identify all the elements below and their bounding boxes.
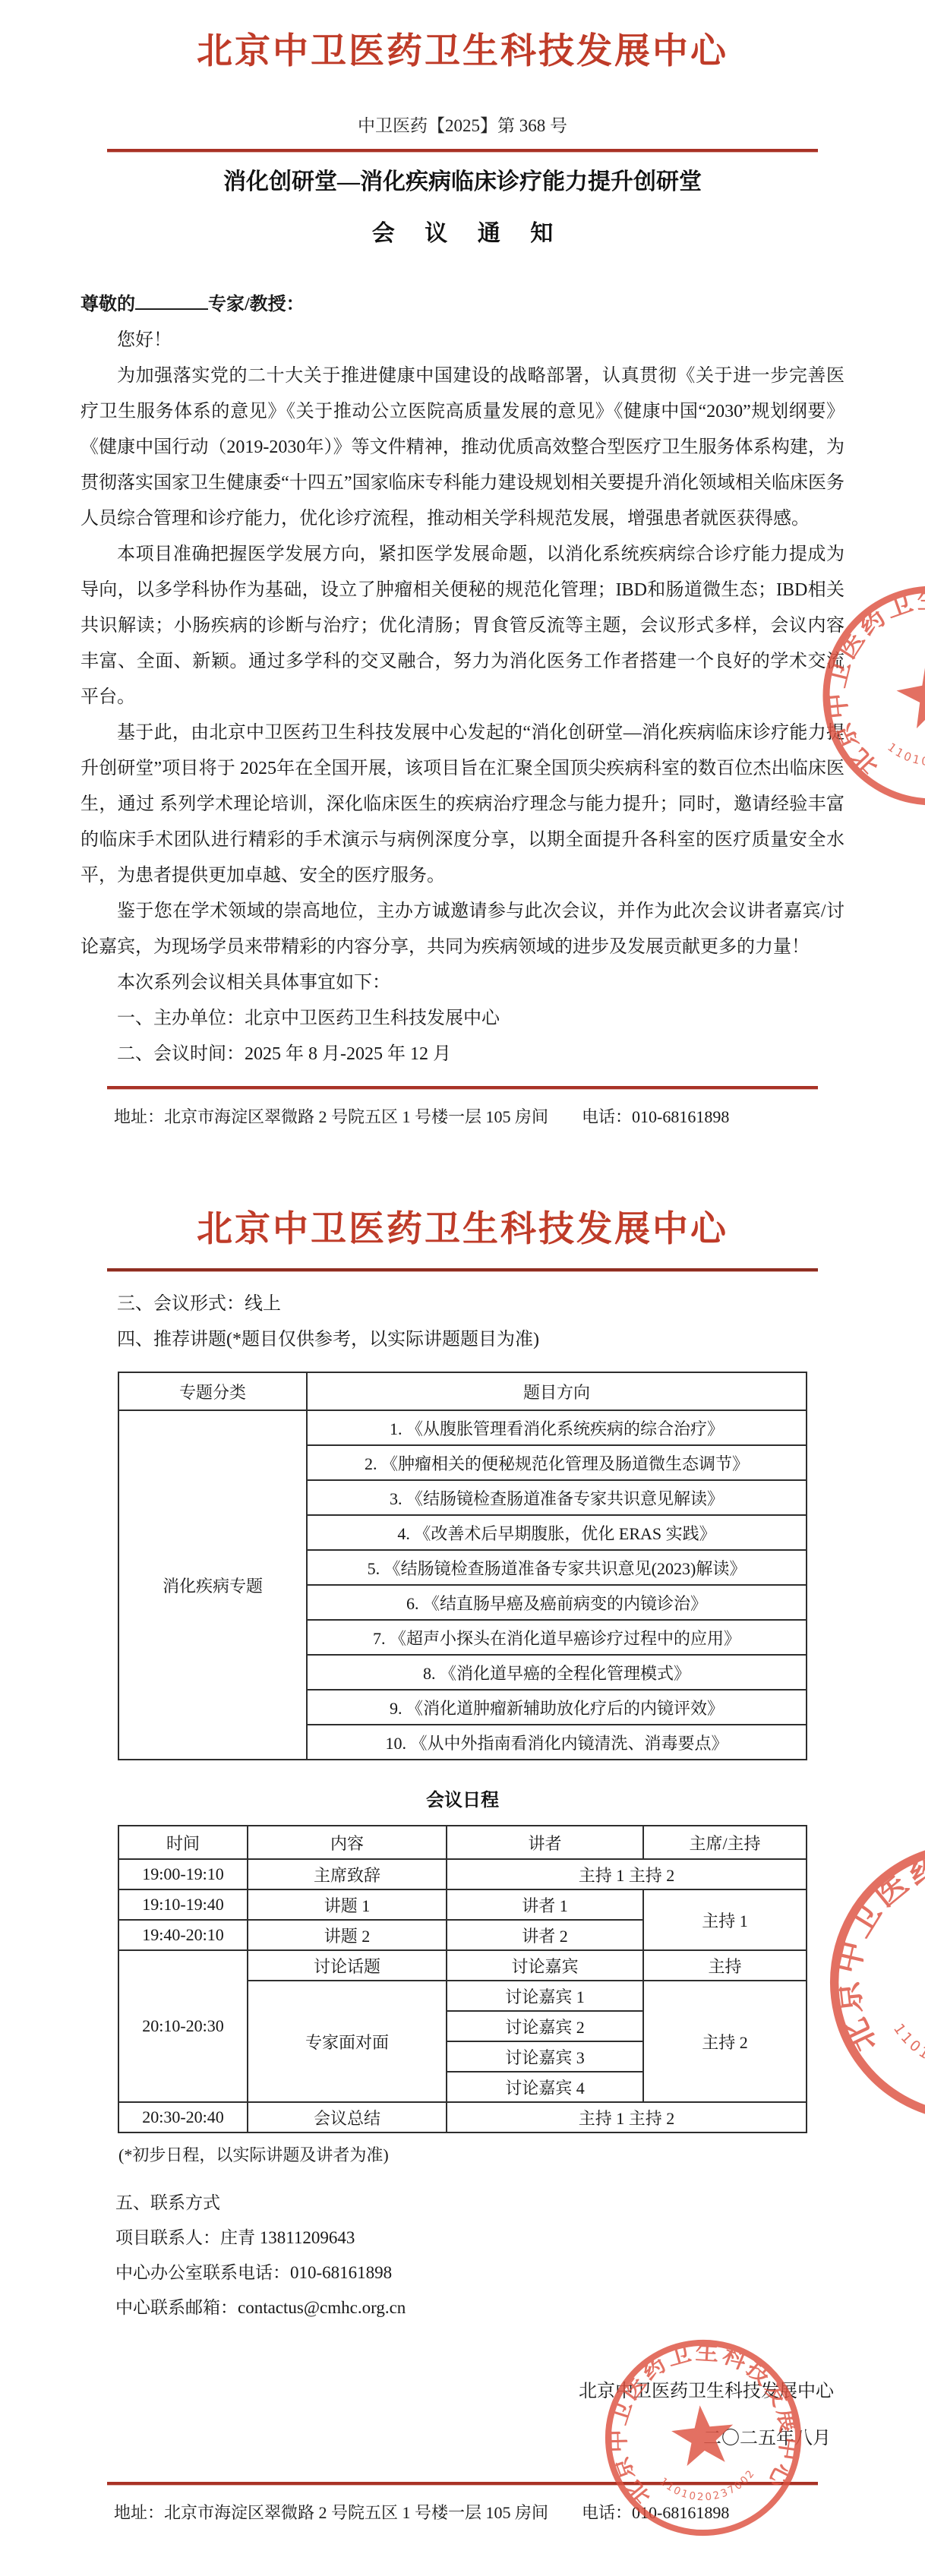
agenda-content: 讲题 2 xyxy=(248,1920,447,1950)
org-letterhead-title: 北京中卫医药卫生科技发展中心 xyxy=(0,0,925,74)
agenda-guest: 讨论嘉宾 1 xyxy=(447,1981,643,2011)
paragraph: 本项目准确把握医学发展方向，紧扣医学发展命题，以消化系统疾病综合诊疗能力提成为导… xyxy=(81,537,844,715)
agenda-content: 会议总结 xyxy=(248,2102,447,2132)
footer-address: 地址：北京市海淀区翠微路 2 号院五区 1 号楼一层 105 房间 xyxy=(114,1107,548,1126)
items-intro: 本次系列会议相关具体事宜如下： xyxy=(81,965,844,1001)
item-meeting-format: 三、会议形式：线上 xyxy=(81,1286,844,1322)
agenda-content: 讲题 1 xyxy=(248,1889,447,1920)
agenda-note: (*初步日程，以实际讲题及讲者为准) xyxy=(118,2142,925,2166)
agenda-host: 主持 2 xyxy=(643,1981,807,2102)
agenda-speaker: 讲者 2 xyxy=(447,1920,643,1950)
topics-table: 专题分类 题目方向 消化疾病专题 1. 《从腹胀管理看消化系统疾病的综合治疗》 … xyxy=(118,1372,807,1760)
footer-address: 地址：北京市海淀区翠微路 2 号院五区 1 号楼一层 105 房间 xyxy=(114,2503,548,2522)
document: 北京中卫医药卫生科技发展中心 中卫医药【2025】第 368 号 消化创研堂—消… xyxy=(0,0,925,2576)
table-row: 19:00-19:10 主席致辞 主持 1 主持 2 xyxy=(118,1859,807,1889)
topic-cell: 6. 《结直肠早癌及癌前病变的内镜诊治》 xyxy=(307,1585,807,1620)
table-row: 消化疾病专题 1. 《从腹胀管理看消化系统疾病的综合治疗》 xyxy=(118,1410,807,1445)
greeting: 您好！ xyxy=(81,323,844,358)
salutation-blank-line xyxy=(135,289,208,310)
paragraph: 为加强落实党的二十大关于推进健康中国建设的战略部署，认真贯彻《关于进一步完善医疗… xyxy=(81,358,844,537)
agenda-guest: 讨论嘉宾 4 xyxy=(447,2072,643,2102)
signature-org: 北京中卫医药卫生科技发展中心 xyxy=(0,2368,834,2415)
agenda-time: 20:30-20:40 xyxy=(118,2102,248,2132)
footer-divider xyxy=(107,1086,818,1089)
topic-cell: 2. 《肿瘤相关的便秘规范化管理及肠道微生态调节》 xyxy=(307,1445,807,1480)
agenda-time: 19:00-19:10 xyxy=(118,1859,248,1889)
topics-col-direction: 题目方向 xyxy=(307,1372,807,1410)
topic-cell: 5. 《结肠镜检查肠道准备专家共识意见(2023)解读》 xyxy=(307,1550,807,1585)
contact-person: 项目联系人：庄青 13811209643 xyxy=(81,2221,844,2256)
agenda-content: 专家面对面 xyxy=(248,1981,447,2102)
contact-section: 五、联系方式 项目联系人：庄青 13811209643 中心办公室联系电话：01… xyxy=(0,2186,925,2325)
agenda-guest: 讨论嘉宾 3 xyxy=(447,2041,643,2072)
agenda-time: 19:10-19:40 xyxy=(118,1889,248,1920)
salutation: 尊敬的专家/教授： xyxy=(81,287,844,323)
document-title: 消化创研堂—消化疾病临床诊疗能力提升创研堂 xyxy=(0,163,925,196)
agenda-table: 时间 内容 讲者 主席/主持 19:00-19:10 主席致辞 主持 1 主持 … xyxy=(118,1825,807,2133)
office-phone: 中心办公室联系电话：010-68161898 xyxy=(81,2256,844,2290)
agenda-host: 主持 xyxy=(643,1950,807,1981)
table-row: 20:10-20:30 讨论话题 讨论嘉宾 主持 xyxy=(118,1950,807,1981)
topic-category-cell: 消化疾病专题 xyxy=(118,1410,307,1760)
item-meeting-time: 二、会议时间：2025 年 8 月-2025 年 12 月 xyxy=(81,1037,844,1072)
letterhead-divider xyxy=(107,1268,818,1271)
contact-email: 中心联系邮箱：contactus@cmhc.org.cn xyxy=(81,2290,844,2325)
page-2: 北京中卫医药卫生科技发展中心 三、会议形式：线上 四、推荐讲题(*题目仅供参考，… xyxy=(0,1128,925,2524)
footer-divider xyxy=(107,2482,818,2485)
agenda-col-content: 内容 xyxy=(248,1826,447,1859)
agenda-hosts: 主持 1 主持 2 xyxy=(447,2102,807,2132)
salutation-suffix: 专家/教授： xyxy=(208,295,305,314)
paragraph: 鉴于您在学术领域的崇高地位，主办方诚邀请参与此次会议，并作为此次会议讲者嘉宾/讨… xyxy=(81,894,844,965)
topics-col-category: 专题分类 xyxy=(118,1372,307,1410)
agenda-content: 讨论话题 xyxy=(248,1950,447,1981)
item-organizer: 一、主办单位：北京中卫医药卫生科技发展中心 xyxy=(81,1001,844,1037)
topic-cell: 10. 《从中外指南看消化内镜清洗、消毒要点》 xyxy=(307,1725,807,1760)
topic-cell: 3. 《结肠镜检查肠道准备专家共识意见解读》 xyxy=(307,1480,807,1515)
agenda-guest: 讨论嘉宾 2 xyxy=(447,2011,643,2041)
footer-phone: 电话：010-68161898 xyxy=(582,1107,729,1126)
topic-cell: 4. 《改善术后早期腹胀，优化 ERAS 实践》 xyxy=(307,1515,807,1550)
signature-block: 北京中卫医药卫生科技发展中心 二〇二五年八月 xyxy=(0,2368,925,2462)
salutation-prefix: 尊敬的 xyxy=(81,295,135,314)
agenda-speaker: 讨论嘉宾 xyxy=(447,1950,643,1981)
agenda-host: 主持 1 xyxy=(643,1889,807,1950)
item-recommended-topics: 四、推荐讲题(*题目仅供参考，以实际讲题题目为准) xyxy=(81,1322,844,1358)
agenda-col-speaker: 讲者 xyxy=(447,1826,643,1859)
agenda-speaker: 讲者 1 xyxy=(447,1889,643,1920)
contact-section-title: 五、联系方式 xyxy=(81,2186,844,2221)
paragraph: 基于此，由北京中卫医药卫生科技发展中心发起的“消化创研堂—消化疾病临床诊疗能力提… xyxy=(81,715,844,894)
topic-cell: 9. 《消化道肿瘤新辅助放化疗后的内镜评效》 xyxy=(307,1690,807,1725)
notice-title: 会 议 通 知 xyxy=(0,214,925,248)
letterhead-divider xyxy=(107,149,818,152)
agenda-time: 20:10-20:30 xyxy=(118,1950,248,2102)
table-row: 19:10-19:40 讲题 1 讲者 1 主持 1 xyxy=(118,1889,807,1920)
doc-number: 中卫医药【2025】第 368 号 xyxy=(0,112,925,137)
topic-cell: 8. 《消化道早癌的全程化管理模式》 xyxy=(307,1655,807,1690)
page-1: 北京中卫医药卫生科技发展中心 中卫医药【2025】第 368 号 消化创研堂—消… xyxy=(0,0,925,1128)
topic-cell: 7. 《超声小探头在消化道早癌诊疗过程中的应用》 xyxy=(307,1620,807,1655)
agenda-col-time: 时间 xyxy=(118,1826,248,1859)
signature-date: 二〇二五年八月 xyxy=(0,2415,834,2462)
table-header-row: 专题分类 题目方向 xyxy=(118,1372,807,1410)
agenda-time: 19:40-20:10 xyxy=(118,1920,248,1950)
footer-phone: 电话：010-68161898 xyxy=(582,2503,729,2522)
agenda-title: 会议日程 xyxy=(0,1785,925,1811)
agenda-hosts: 主持 1 主持 2 xyxy=(447,1859,807,1889)
table-row: 20:30-20:40 会议总结 主持 1 主持 2 xyxy=(118,2102,807,2132)
topic-cell: 1. 《从腹胀管理看消化系统疾病的综合治疗》 xyxy=(307,1410,807,1445)
page-footer: 地址：北京市海淀区翠微路 2 号院五区 1 号楼一层 105 房间电话：010-… xyxy=(81,1104,844,1128)
agenda-col-chair: 主席/主持 xyxy=(643,1826,807,1859)
letter-body: 尊敬的专家/教授： 您好！ 为加强落实党的二十大关于推进健康中国建设的战略部署，… xyxy=(81,287,844,1072)
org-letterhead-title: 北京中卫医药卫生科技发展中心 xyxy=(0,1128,925,1252)
agenda-content: 主席致辞 xyxy=(248,1859,447,1889)
page-footer: 地址：北京市海淀区翠微路 2 号院五区 1 号楼一层 105 房间电话：010-… xyxy=(81,2500,844,2524)
table-header-row: 时间 内容 讲者 主席/主持 xyxy=(118,1826,807,1859)
